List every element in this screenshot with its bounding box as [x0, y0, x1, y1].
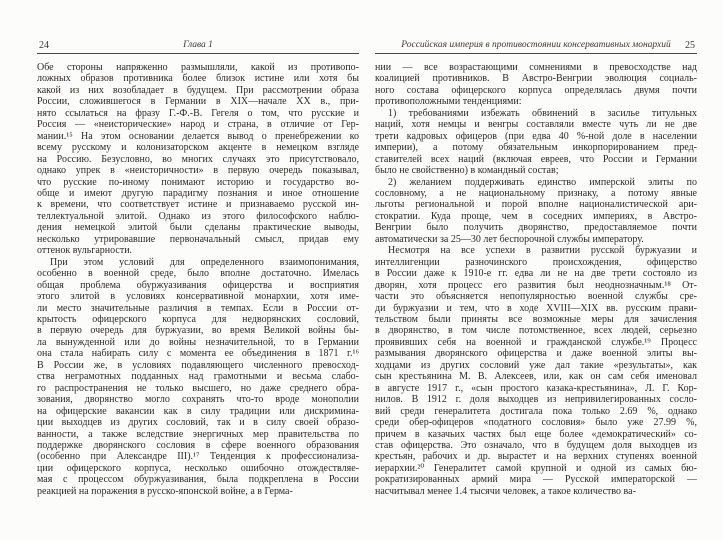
- text-line: что русские по-иному понимают историю и …: [37, 177, 359, 188]
- book-spread: 24 Глава 1 Обе стороны напряженно размыш…: [0, 0, 723, 540]
- text-line: При этом условий для определенного взаим…: [37, 257, 359, 268]
- text-line: особенно в военной среде, было вполне до…: [37, 268, 359, 279]
- text-line: среди обер-офицеров «податного сословия»…: [375, 417, 697, 428]
- text-line: размывания дворянского офицерства и даже…: [375, 348, 697, 359]
- text-line: трети кадровых офицеров (при едва 40 %-н…: [375, 131, 697, 142]
- text-line: какой из них возобладает в будущем. При …: [37, 85, 359, 96]
- text-line: иерархии.²⁰ Генералитет самой крупной и …: [375, 463, 697, 474]
- page-left-header: 24 Глава 1: [37, 40, 359, 54]
- text-line: теллектуальной элитой. Однако из этого ф…: [37, 211, 359, 222]
- text-line: 1) требованиями избежать обвинений в зас…: [375, 108, 697, 119]
- page-right-header: Российская империя в противостоянии конс…: [375, 40, 697, 54]
- text-line: однако упрек в «неисторичности» в первую…: [37, 165, 359, 176]
- text-line: нии — все возрастающими сомнениями в пре…: [375, 62, 697, 73]
- text-line: наций, хотя немцы и венгры составляли вм…: [375, 119, 697, 130]
- text-line: несколько утрировавшие первоначальный см…: [37, 234, 359, 245]
- text-line: (особенно при Александре III).¹⁷ Тенденц…: [37, 451, 359, 462]
- text-line: Обе стороны напряженно размышляли, какой…: [37, 62, 359, 73]
- text-line: ла вынужденной или до войны незначительн…: [37, 337, 359, 348]
- text-line: в дворянство, в том числе потомственное,…: [375, 325, 697, 336]
- text-line: всему русскому и колонизаторском акценте…: [37, 142, 359, 153]
- text-line: автоматически за 25—30 лет беспорочной с…: [375, 234, 697, 245]
- text-line: мая с процессом обуржуазивания, была под…: [37, 474, 359, 485]
- text-line: ди буржуазии и тем, что в ходе XVIII—XIX…: [375, 303, 697, 314]
- text-line: льготы региональной и порой вполне нацио…: [375, 199, 697, 210]
- text-line: в России даже к 1910-е гг. едва ли не на…: [375, 268, 697, 279]
- text-line: ванности, а также вследствие энергичных …: [37, 429, 359, 440]
- text-line: этого элитой в условиях консервативной м…: [37, 291, 359, 302]
- text-line: рократизированных армий мира — Русской и…: [375, 474, 697, 485]
- text-line: зования, дворянство могло сохранять что-…: [37, 394, 359, 405]
- text-line: Венгрии было получить дворянство, предос…: [375, 222, 697, 233]
- text-line: став офицерства. Это означало, что в буд…: [375, 440, 697, 451]
- text-line: поддержке дворянского сословия в сфере в…: [37, 440, 359, 451]
- text-line: ции выходцев из других сословий, так и в…: [37, 417, 359, 428]
- page-right: Российская империя в противостоянии конс…: [375, 0, 697, 540]
- text-line: ли место значительные различия в темпах.…: [37, 303, 359, 314]
- text-line: тельством были приняты все возможные мер…: [375, 314, 697, 325]
- text-line: ства неграмотных подданных над грамотным…: [37, 371, 359, 382]
- text-line: дворян, хотя процесс его развития был не…: [375, 280, 697, 291]
- text-line: ходцами из других сословий уже дал такие…: [375, 360, 697, 371]
- running-head-left: Глава 1: [183, 40, 213, 50]
- page-left-text: Обе стороны напряженно размышляли, какой…: [37, 62, 359, 497]
- text-line: мании.¹⁵ На этом основании делается выво…: [37, 131, 359, 142]
- text-line: стократии. Куда проще, чем в соседних им…: [375, 211, 697, 222]
- text-line: Россия — «неисторические» народ и страна…: [37, 119, 359, 130]
- text-line: ложных образов противника более близок и…: [37, 73, 359, 84]
- text-line: на Россию. Безусловно, во многих случаях…: [37, 154, 359, 165]
- running-head-right: Российская империя в противостоянии конс…: [401, 40, 670, 50]
- text-line: дения немецкой элитой были сделаны практ…: [37, 222, 359, 233]
- text-line: к времени, что соответствует истине и пр…: [37, 199, 359, 210]
- page-right-text: нии — все возрастающими сомнениями в пре…: [375, 62, 697, 497]
- text-line: вий среди генералитета достигала пока то…: [375, 406, 697, 417]
- text-line: обще и имеют другую парадигму познания и…: [37, 188, 359, 199]
- text-line: крытость офицерского корпуса для недворя…: [37, 314, 359, 325]
- text-line: империи), а потому обязательным инкорпор…: [375, 142, 697, 153]
- text-line: причем в казачьих частях был еще более «…: [375, 429, 697, 440]
- text-line: нято ссылаться на фразу Г.-Ф.-В. Гегеля …: [37, 108, 359, 119]
- text-line: В России же, в условиях подавляющего чис…: [37, 360, 359, 371]
- text-line: в августе 1917 г., «сын простого казака-…: [375, 383, 697, 394]
- page-number-right: 25: [685, 40, 695, 51]
- text-line: коалицией противников. В Австро-Венгрии …: [375, 73, 697, 84]
- text-line: части это объясняется непопулярностью во…: [375, 291, 697, 302]
- text-line: ции офицерского корпуса, несколько ошибо…: [37, 463, 359, 474]
- page-left: 24 Глава 1 Обе стороны напряженно размыш…: [37, 0, 359, 540]
- text-line: она стала набирать силу с момента ее объ…: [37, 348, 359, 359]
- text-line: на офицерские вакансии как в силу традиц…: [37, 406, 359, 417]
- text-line: России, сложившегося в Германии в XIX—на…: [37, 96, 359, 107]
- text-line: го распространения не только высшего, но…: [37, 383, 359, 394]
- text-line: сословному, а не национальному признаку,…: [375, 188, 697, 199]
- text-line: насчитывал менее 1.4 тысячи человек, а т…: [375, 486, 697, 497]
- text-line: сын крестьянина М. В. Алексеев, или, как…: [375, 371, 697, 382]
- text-line: проявивших себя на военной и гражданской…: [375, 337, 697, 348]
- text-line: общая проблема обуржуазивания офицерства…: [37, 280, 359, 291]
- text-line: было не свойственно) в командный состав;: [375, 165, 697, 176]
- page-number-left: 24: [39, 40, 49, 51]
- text-line: в первую очередь для буржуазии, во время…: [37, 325, 359, 336]
- text-line: ставителей всех наций (включая евреев, ч…: [375, 154, 697, 165]
- text-line: ного состава офицерского корпуса определ…: [375, 85, 697, 96]
- text-line: оттенок вульгарности.: [37, 245, 359, 256]
- text-line: нилов. В 1912 г. доля выходцев из неприв…: [375, 394, 697, 405]
- text-line: реакцией на поражения в русско-японской …: [37, 486, 359, 497]
- text-line: крестьян, рабочих и др. вырастет и на ве…: [375, 451, 697, 462]
- text-line: Несмотря на все успехи в развитии русско…: [375, 245, 697, 256]
- text-line: 2) желанием поддерживать единство имперс…: [375, 177, 697, 188]
- text-line: противоположными тенденциями:: [375, 96, 697, 107]
- text-line: интеллигенции разночинского происхождени…: [375, 257, 697, 268]
